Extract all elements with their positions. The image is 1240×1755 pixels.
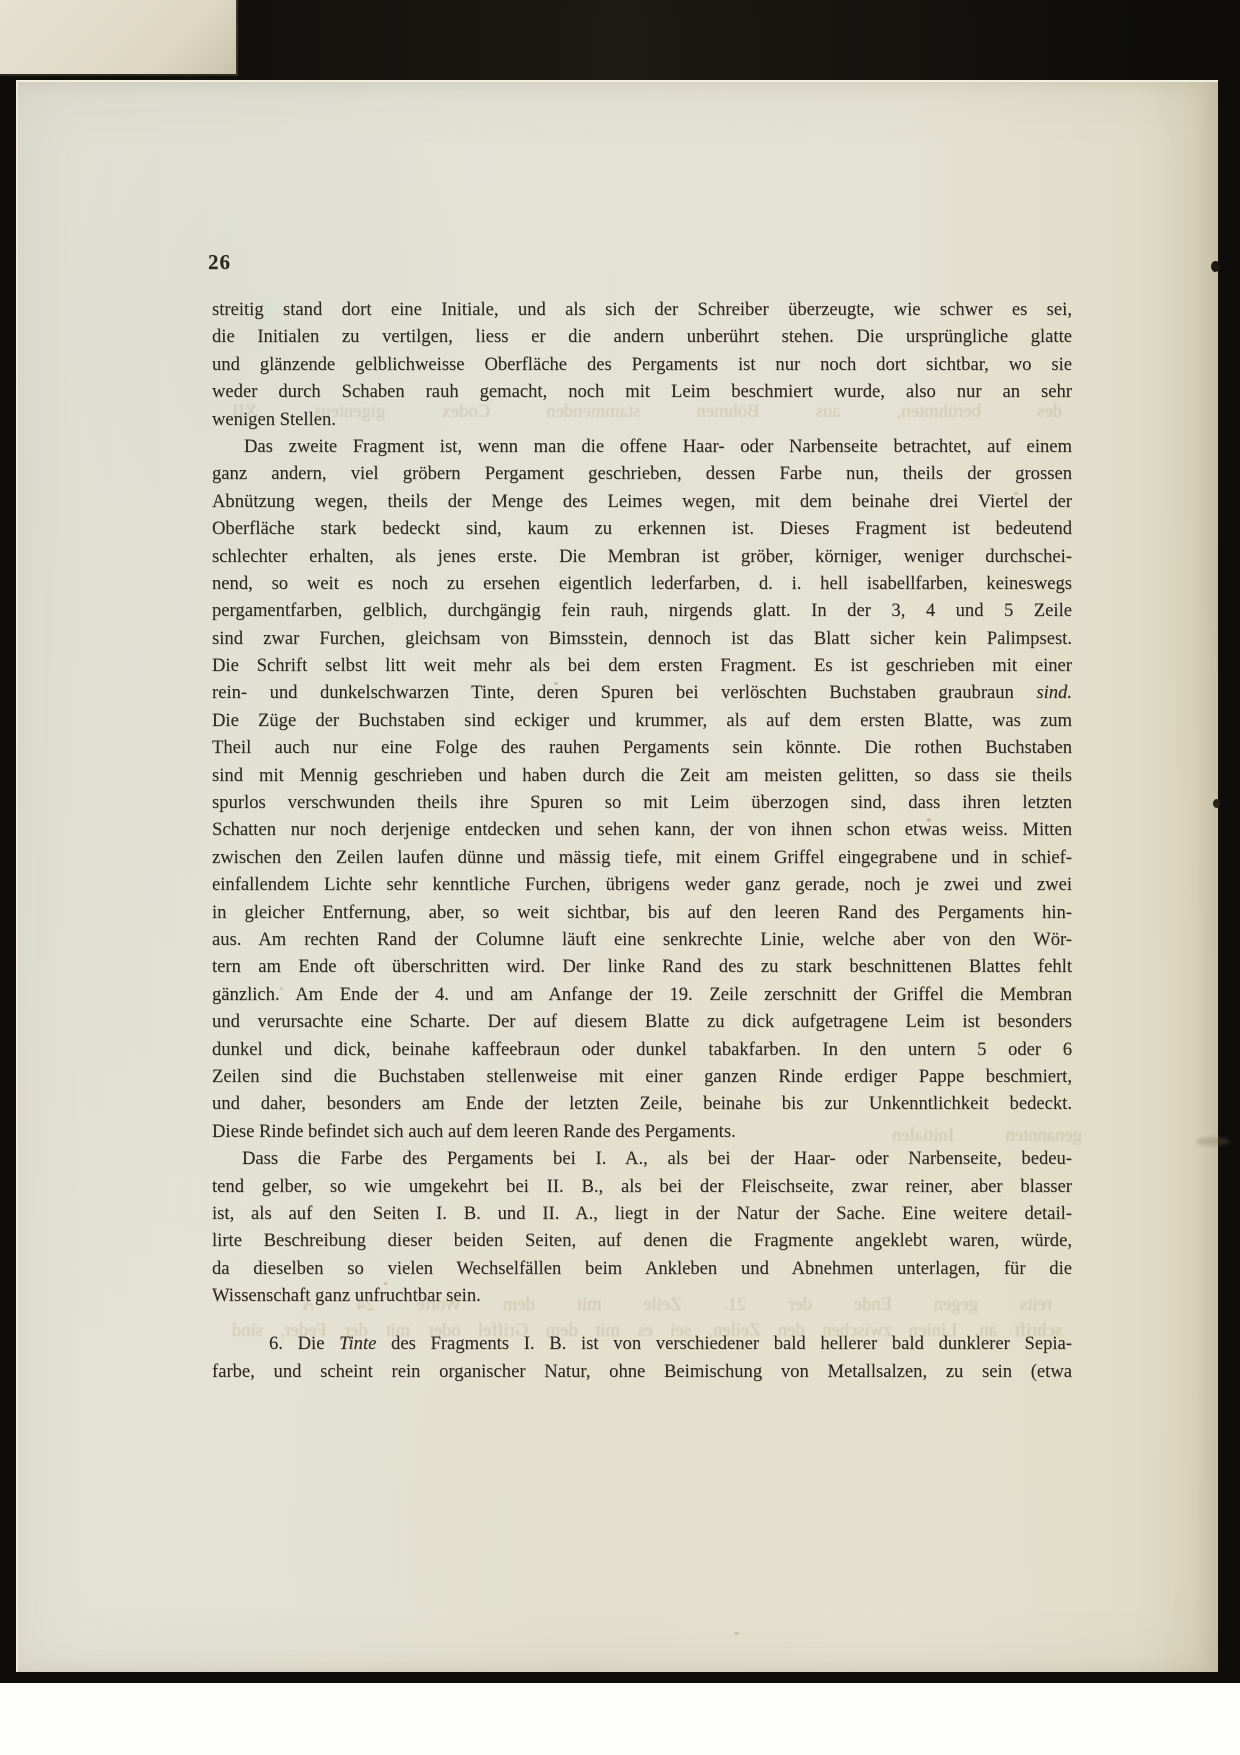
paragraph-2: Das zweite Fragment ist, wenn man die of… bbox=[212, 433, 1072, 1145]
bleed-through-text: genannten Initialen bbox=[892, 1124, 1082, 1150]
paper-speck bbox=[927, 818, 931, 822]
bleed-through-text: reits gegen Ende der 21. Zeile mit dem W… bbox=[302, 1293, 1052, 1319]
text-line: ganz andern, viel gröbern Pergament gesc… bbox=[212, 460, 1072, 487]
adjacent-page-edge bbox=[1216, 78, 1240, 1672]
text-block: streitig stand dort eine Initiale, und a… bbox=[212, 296, 1072, 1385]
text-line: und glänzende gelblichweisse Oberfläche … bbox=[212, 351, 1072, 378]
text-line: gänzlich. Am Ende der 4. und am Anfange … bbox=[212, 981, 1072, 1008]
text-line: streitig stand dort eine Initiale, und a… bbox=[212, 296, 1072, 323]
paper-speck bbox=[1014, 492, 1018, 495]
text-line: tern am Ende oft überschritten wird. Der… bbox=[212, 953, 1072, 980]
text-line: Zeilen sind die Buchstaben stellenweise … bbox=[212, 1063, 1072, 1090]
text-line: Oberfläche stark bedeckt sind, kaum zu e… bbox=[212, 515, 1072, 542]
text-line: zwischen den Zeilen laufen dünne und mäs… bbox=[212, 844, 1072, 871]
text-line: farbe, und scheint rein organischer Natu… bbox=[212, 1358, 1072, 1385]
text-line: die Initialen zu vertilgen, liess er die… bbox=[212, 323, 1072, 350]
paper-speck bbox=[280, 987, 283, 990]
paper-speck bbox=[734, 1632, 739, 1635]
text-line: dunkel und dick, beinahe kaffeebraun ode… bbox=[212, 1036, 1072, 1063]
text-line: Das zweite Fragment ist, wenn man die of… bbox=[212, 433, 1072, 460]
bleed-through-text: des berühmten, aus Böhmen stammenden Cod… bbox=[232, 400, 1062, 426]
text-line: nend, so weit es noch zu ersehen eigentl… bbox=[212, 570, 1072, 597]
text-line: Abnützung wegen, theils der Menge des Le… bbox=[212, 488, 1072, 515]
text-line: rein- und dunkelschwarzen Tinte, deren S… bbox=[212, 679, 1072, 706]
text-line: lirte Beschreibung dieser beiden Seiten,… bbox=[212, 1227, 1072, 1254]
text-line: und verursachte eine Scharte. Der auf di… bbox=[212, 1008, 1072, 1035]
text-line: sind zwar Furchen, gleichsam von Bimsste… bbox=[212, 625, 1072, 652]
paper-speck bbox=[384, 1282, 387, 1285]
text-line: sind mit Mennig geschrieben und haben du… bbox=[212, 762, 1072, 789]
book-page: 26 streitig stand dort eine Initiale, un… bbox=[16, 80, 1218, 1672]
text-line: ist, als auf den Seiten I. B. und II. A.… bbox=[212, 1200, 1072, 1227]
paragraph-3: Dass die Farbe des Pergaments bei I. A.,… bbox=[212, 1145, 1072, 1309]
ink-speck bbox=[1211, 261, 1220, 272]
scanned-book-page: { "page": { "number": "26" }, "content":… bbox=[0, 0, 1240, 1755]
text-line: einfallendem Lichte sehr kenntliche Furc… bbox=[212, 871, 1072, 898]
text-line: spurlos verschwunden theils ihre Spuren … bbox=[212, 789, 1072, 816]
scan-canvas: 26 streitig stand dort eine Initiale, un… bbox=[0, 0, 1240, 1755]
text-line: in gleicher Entfernung, aber, so weit si… bbox=[212, 899, 1072, 926]
text-line: Die Schrift selbst litt weit mehr als be… bbox=[212, 652, 1072, 679]
page-number: 26 bbox=[208, 250, 231, 275]
ink-speck bbox=[1213, 799, 1220, 808]
text-line: und daher, besonders am Ende der letzten… bbox=[212, 1090, 1072, 1117]
text-line: aus. Am rechten Rand der Columne läuft e… bbox=[212, 926, 1072, 953]
text-line: da dieselben so vielen Wechselfällen bei… bbox=[212, 1255, 1072, 1282]
text-line: tend gelber, so wie umgekehrt bei II. B.… bbox=[212, 1173, 1072, 1200]
paper-speck bbox=[554, 682, 558, 685]
bleed-through-text: schrift an. Linien zwischen den Zeilen, … bbox=[232, 1319, 1062, 1345]
text-line: pergamentfarben, gelblich, durchgängig f… bbox=[212, 597, 1072, 624]
text-line: schlechter erhalten, als jenes erste. Di… bbox=[212, 543, 1072, 570]
adjacent-page-corner bbox=[0, 0, 238, 76]
text-line: Theil auch nur eine Folge des rauhen Per… bbox=[212, 734, 1072, 761]
text-line: Die Züge der Buchstaben sind eckiger und… bbox=[212, 707, 1072, 734]
text-line: Schatten nur noch derjenige entdecken un… bbox=[212, 816, 1072, 843]
